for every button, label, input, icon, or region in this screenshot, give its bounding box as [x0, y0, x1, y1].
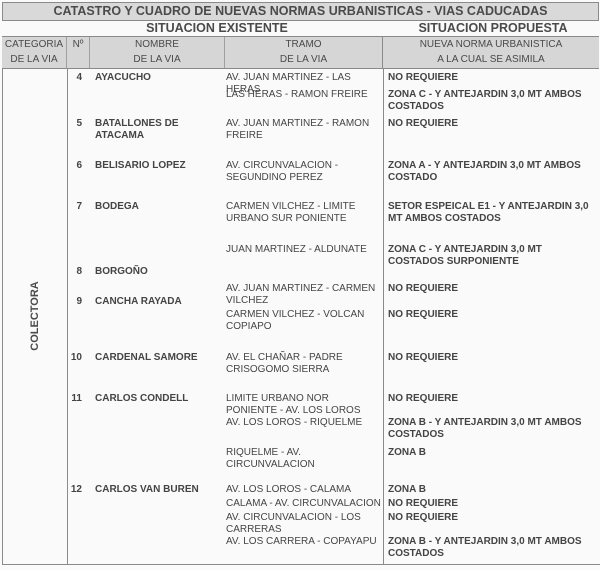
row-number: 5	[68, 118, 82, 130]
segment-tramo: LAS HERAS - RAMON FREIRE	[226, 89, 381, 101]
road-name: BORGOÑO	[95, 266, 205, 278]
segment-tramo: CALAMA - AV. CIRCUNVALACION	[226, 498, 381, 510]
segment-tramo: AV. CIRCUNVALACION - LOS CARRERAS	[226, 512, 381, 536]
col-header-line: NUEVA NORMA URBANISTICA	[383, 37, 599, 52]
segment-tramo: AV. LOS CARRERA - COPAYAPU	[226, 536, 381, 548]
section-proposed: SITUACION PROPUESTA	[387, 21, 599, 35]
road-name: BELISARIO LOPEZ	[95, 160, 205, 172]
col-header-norma: NUEVA NORMA URBANISTICA A LA CUAL SE ASI…	[383, 37, 599, 68]
segment-norma: ZONA B - Y ANTEJARDIN 3,0 MT AMBOS COSTA…	[388, 536, 593, 560]
section-existing: SITUACION EXISTENTE	[122, 21, 312, 35]
col-header-tramo: TRAMO DE LA VIA	[225, 37, 383, 68]
road-name: CANCHA RAYADA	[95, 296, 205, 308]
column-divider	[383, 68, 384, 564]
row-number: 12	[68, 484, 82, 496]
row-number: 9	[68, 296, 82, 308]
row-number: 10	[68, 352, 82, 364]
segment-tramo: JUAN MARTINEZ - ALDUNATE	[226, 244, 381, 256]
segment-norma: ZONA B	[388, 484, 593, 496]
col-header-nombre: NOMBRE DE LA VIA	[90, 37, 225, 68]
document-page: CATASTRO Y CUADRO DE NUEVAS NORMAS URBAN…	[0, 0, 600, 570]
segment-tramo: AV. LOS LOROS - CALAMA	[226, 484, 381, 496]
table-body: COLECTORA 4AYACUCHOAV. JUAN MARTINEZ - L…	[2, 68, 600, 565]
col-header-categoria: CATEGORIA DE LA VIA	[2, 37, 67, 68]
category-cell: COLECTORA	[3, 68, 67, 564]
segment-norma: ZONA A - Y ANTEJARDIN 3,0 MT AMBOS COSTA…	[388, 160, 593, 184]
segment-norma: NO REQUIERE	[388, 512, 593, 524]
segment-tramo: AV. LOS LOROS - RIQUELME	[226, 417, 381, 429]
segment-norma: NO REQUIERE	[388, 118, 593, 130]
col-header-numero: Nº	[67, 37, 90, 68]
segment-tramo: AV. EL CHAÑAR - PADRE CRISOGOMO SIERRA	[226, 352, 381, 376]
segment-tramo: AV. CIRCUNVALACION - SEGUNDINO PEREZ	[226, 160, 381, 184]
col-header-line: DE LA VIA	[2, 52, 66, 67]
road-name: AYACUCHO	[95, 72, 205, 84]
col-header-line: CATEGORIA	[2, 37, 66, 52]
segment-norma: ZONA C - Y ANTEJARDIN 3,0 MT AMBOS COSTA…	[388, 89, 593, 113]
row-number: 4	[68, 72, 82, 84]
segment-norma: ZONA B	[388, 447, 593, 459]
segment-norma: NO REQUIERE	[388, 498, 593, 510]
segment-norma: NO REQUIERE	[388, 72, 593, 84]
road-name: BATALLONES DE ATACAMA	[95, 118, 205, 142]
col-header-line: DE LA VIA	[90, 52, 224, 67]
segment-tramo: CARMEN VILCHEZ - LIMITE URBANO SUR PONIE…	[226, 201, 381, 225]
segment-norma: NO REQUIERE	[388, 393, 593, 405]
row-number: 11	[68, 393, 82, 405]
row-number: 7	[68, 201, 82, 213]
col-header-line: NOMBRE	[90, 37, 224, 52]
segment-norma: NO REQUIERE	[388, 283, 593, 295]
road-name: CARLOS CONDELL	[95, 393, 205, 405]
segment-tramo: LIMITE URBANO NOR PONIENTE - AV. LOS LOR…	[226, 393, 381, 417]
road-name: BODEGA	[95, 201, 205, 213]
col-header-line: TRAMO	[225, 37, 382, 52]
table-title: CATASTRO Y CUADRO DE NUEVAS NORMAS URBAN…	[2, 2, 599, 21]
category-label: COLECTORA	[29, 281, 41, 350]
row-number: 6	[68, 160, 82, 172]
segment-tramo: CARMEN VILCHEZ - VOLCAN COPIAPO	[226, 309, 381, 333]
col-header-line: DE LA VIA	[225, 52, 382, 67]
section-header-row: SITUACION EXISTENTE SITUACION PROPUESTA	[2, 20, 599, 36]
segment-norma: ZONA C - Y ANTEJARDIN 3,0 MT COSTADOS SU…	[388, 244, 593, 268]
col-header-line: A LA CUAL SE ASIMILA	[383, 52, 599, 67]
col-header-line: Nº	[67, 37, 89, 52]
road-name: CARDENAL SAMORE	[95, 352, 205, 364]
segment-norma: NO REQUIERE	[388, 309, 593, 321]
segment-tramo: AV. JUAN MARTINEZ - RAMON FREIRE	[226, 118, 381, 142]
segment-norma: SETOR ESPEICAL E1 - Y ANTEJARDIN 3,0 MT …	[388, 201, 593, 225]
road-name: CARLOS VAN BUREN	[95, 484, 205, 496]
segment-tramo: AV. JUAN MARTINEZ - CARMEN VILCHEZ	[226, 283, 381, 307]
segment-norma: NO REQUIERE	[388, 352, 593, 364]
row-number: 8	[68, 266, 82, 278]
column-header-row: CATEGORIA DE LA VIA Nº NOMBRE DE LA VIA …	[2, 36, 599, 69]
segment-norma: ZONA B - Y ANTEJARDIN 3,0 MT AMBOS COSTA…	[388, 417, 593, 441]
segment-tramo: RIQUELME - AV. CIRCUNVALACION	[226, 447, 381, 471]
